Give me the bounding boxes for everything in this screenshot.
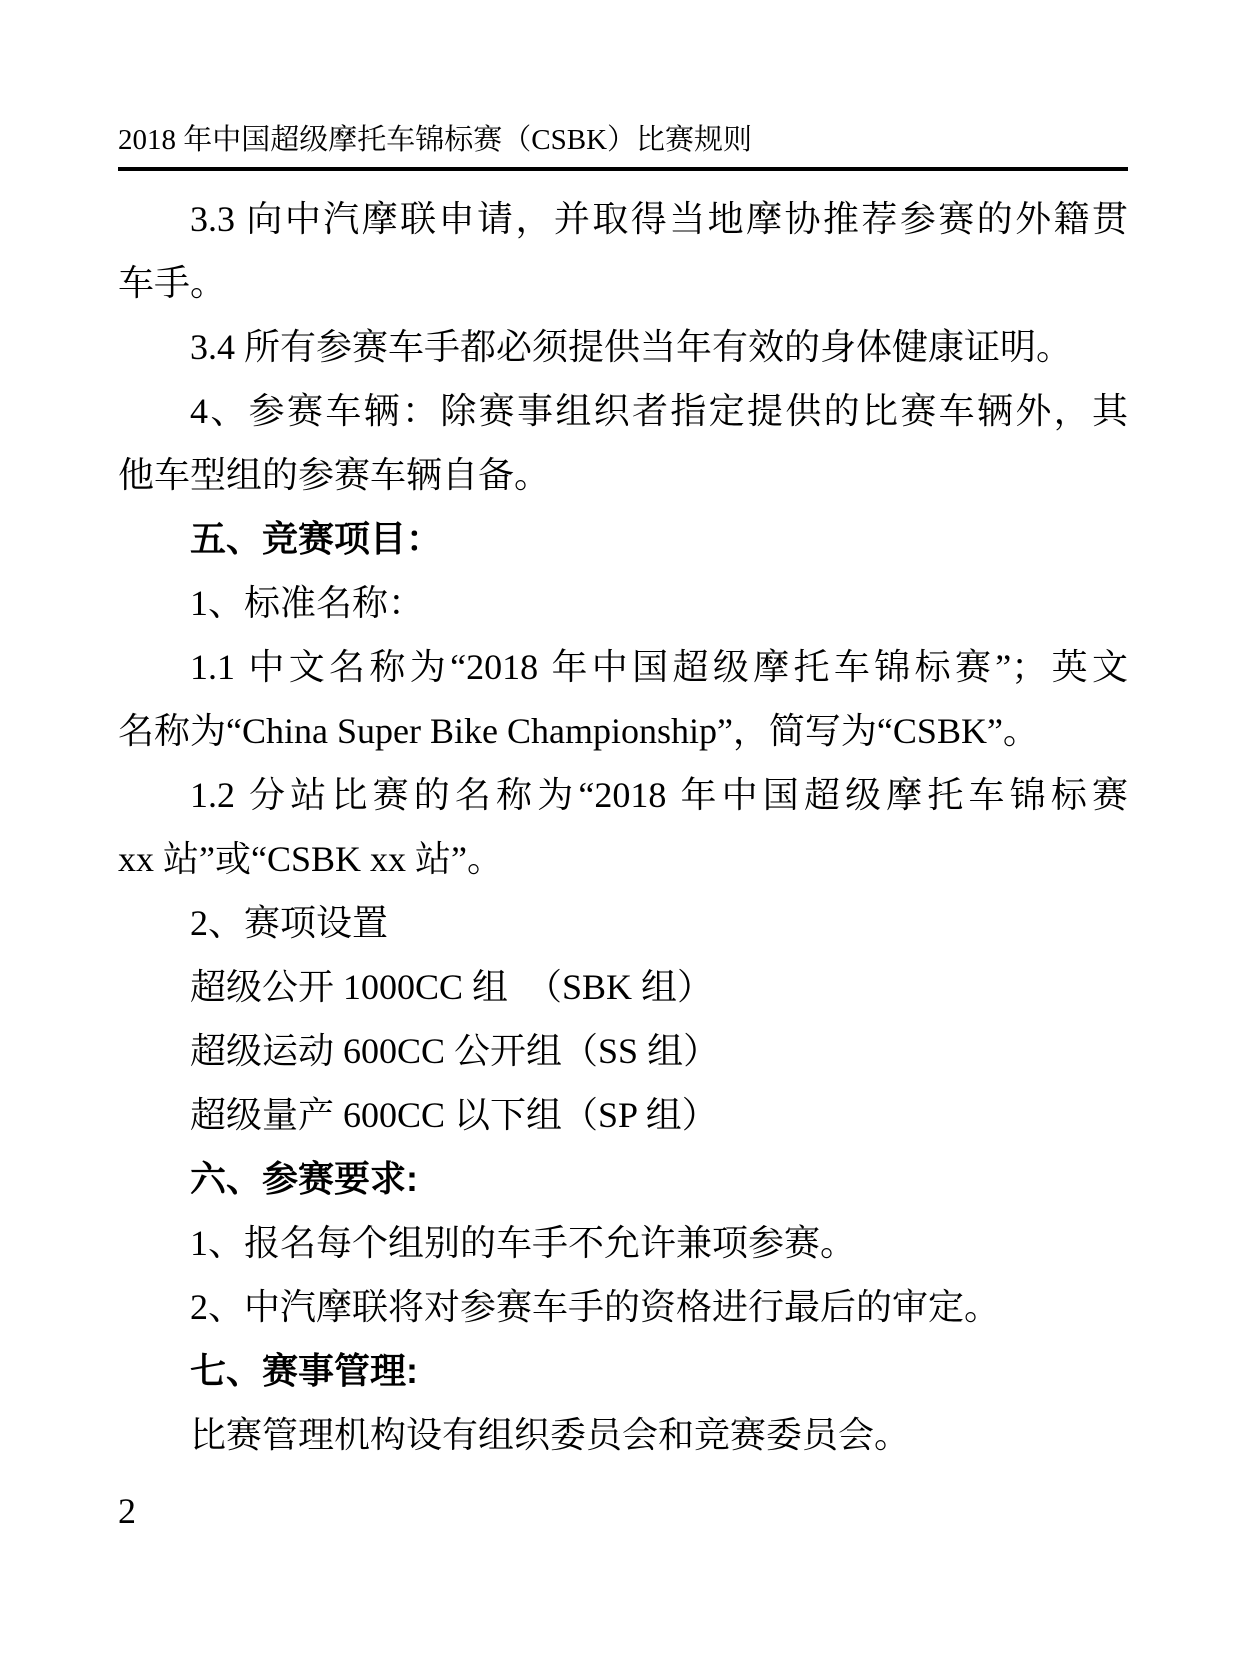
line-1-2-a: 1.2 分站比赛的名称为“2018 年中国超级摩托车锦标赛 [118,763,1128,827]
line-class-sbk: 超级公开 1000CC 组 （SBK 组） [118,955,1128,1019]
document-page: 2018 年中国超级摩托车锦标赛（CSBK）比赛规则 3.3 向中汽摩联申请，并… [0,0,1241,1654]
heading-section-6: 六、参赛要求: [118,1147,1128,1211]
line-3-4: 3.4 所有参赛车手都必须提供当年有效的身体健康证明。 [118,315,1128,379]
document-header: 2018 年中国超级摩托车锦标赛（CSBK）比赛规则 [118,122,1128,171]
line-5-1: 1、标准名称： [118,571,1128,635]
line-class-ss: 超级运动 600CC 公开组（SS 组） [118,1019,1128,1083]
line-class-sp: 超级量产 600CC 以下组（SP 组） [118,1083,1128,1147]
page-number: 2 [118,1491,136,1531]
document-body: 3.3 向中汽摩联申请，并取得当地摩协推荐参赛的外籍贯 车手。 3.4 所有参赛… [118,187,1128,1467]
line-3-3-b: 车手。 [118,251,1128,315]
line-6-2: 2、中汽摩联将对参赛车手的资格进行最后的审定。 [118,1275,1128,1339]
heading-section-5: 五、竞赛项目： [118,507,1128,571]
line-1-1-b: 名称为“China Super Bike Championship”，简写为“C… [118,699,1128,763]
line-7-1: 比赛管理机构设有组织委员会和竞赛委员会。 [118,1403,1128,1467]
line-6-1: 1、报名每个组别的车手不允许兼项参赛。 [118,1211,1128,1275]
document-title: 2018 年中国超级摩托车锦标赛（CSBK）比赛规则 [118,122,1128,158]
line-4-b: 他车型组的参赛车辆自备。 [118,443,1128,507]
line-2-events: 2、赛项设置 [118,891,1128,955]
line-1-1-a: 1.1 中文名称为“2018 年中国超级摩托车锦标赛”；英文 [118,635,1128,699]
heading-section-7: 七、赛事管理: [118,1339,1128,1403]
line-3-3-a: 3.3 向中汽摩联申请，并取得当地摩协推荐参赛的外籍贯 [118,187,1128,251]
document-footer: 2 [118,1479,1128,1543]
line-4-a: 4、参赛车辆：除赛事组织者指定提供的比赛车辆外，其 [118,379,1128,443]
line-1-2-b: xx 站”或“CSBK xx 站”。 [118,827,1128,891]
